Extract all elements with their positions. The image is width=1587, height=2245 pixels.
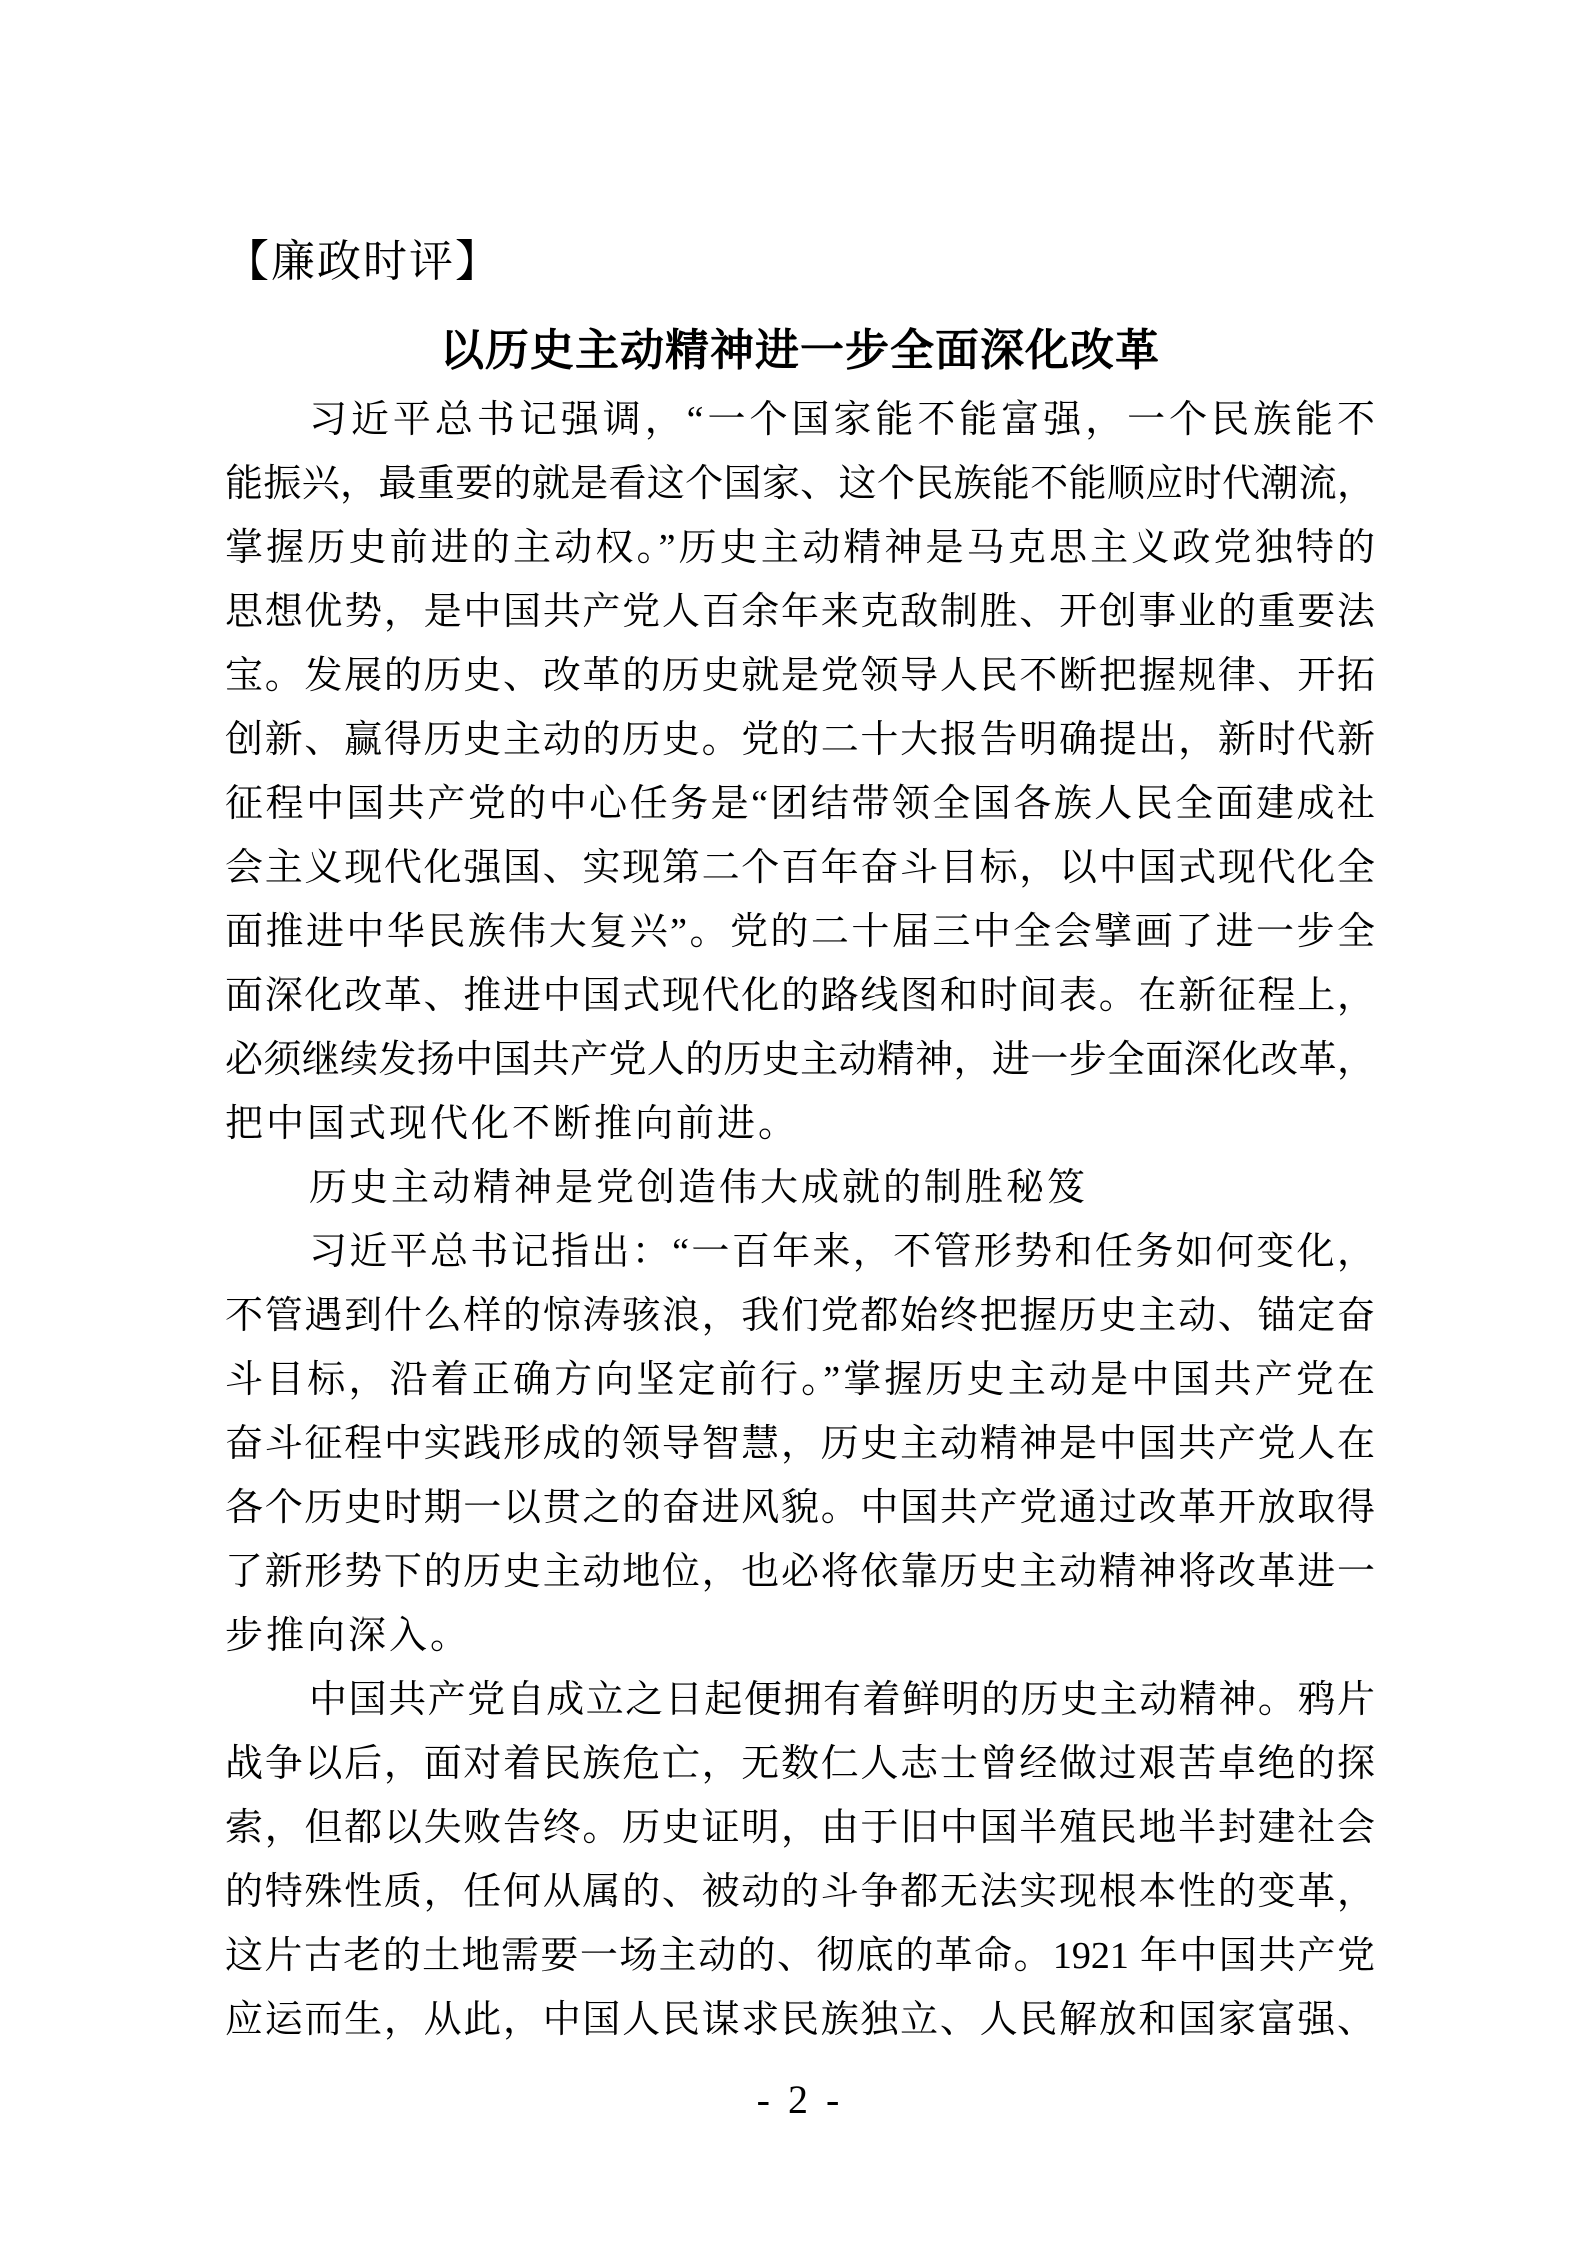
category-tag: 【廉政时评】	[225, 230, 501, 294]
body-line: 宝。发展的历史、改革的历史就是党领导人民不断把握规律、开拓	[225, 644, 1375, 708]
body-line: 能振兴，最重要的就是看这个国家、这个民族能不能顺应时代潮流，	[225, 452, 1375, 516]
body-line: 中国共产党自成立之日起便拥有着鲜明的历史主动精神。鸦片	[225, 1668, 1375, 1732]
body-line: 思想优势，是中国共产党人百余年来克敌制胜、开创事业的重要法	[225, 580, 1375, 644]
body-line: 会主义现代化强国、实现第二个百年奋斗目标，以中国式现代化全	[225, 836, 1375, 900]
body-line: 不管遇到什么样的惊涛骇浪，我们党都始终把握历史主动、锚定奋	[225, 1284, 1375, 1348]
body-line: 索，但都以失败告终。历史证明，由于旧中国半殖民地半封建社会	[225, 1796, 1375, 1860]
document-body: 习近平总书记强调，“一个国家能不能富强，一个民族能不 能振兴，最重要的就是看这个…	[225, 388, 1375, 2052]
section-heading: 历史主动精神是党创造伟大成就的制胜秘笈	[225, 1156, 1375, 1220]
body-line: 必须继续发扬中国共产党人的历史主动精神，进一步全面深化改革，	[225, 1028, 1375, 1092]
body-line: 面深化改革、推进中国式现代化的路线图和时间表。在新征程上，	[225, 964, 1375, 1028]
document-page: 【廉政时评】 以历史主动精神进一步全面深化改革 习近平总书记强调，“一个国家能不…	[0, 0, 1587, 2245]
body-line: 斗目标，沿着正确方向坚定前行。”掌握历史主动是中国共产党在	[225, 1348, 1375, 1412]
body-line: 面推进中华民族伟大复兴”。党的二十届三中全会擘画了进一步全	[225, 900, 1375, 964]
page-number: - 2 -	[225, 2068, 1375, 2132]
document-title: 以历史主动精神进一步全面深化改革	[225, 319, 1375, 383]
body-line: 的特殊性质，任何从属的、被动的斗争都无法实现根本性的变革，	[225, 1860, 1375, 1924]
body-line: 奋斗征程中实践形成的领导智慧，历史主动精神是中国共产党人在	[225, 1412, 1375, 1476]
body-line: 应运而生，从此，中国人民谋求民族独立、人民解放和国家富强、	[225, 1988, 1375, 2052]
body-line: 战争以后，面对着民族危亡，无数仁人志士曾经做过艰苦卓绝的探	[225, 1732, 1375, 1796]
body-line: 习近平总书记强调，“一个国家能不能富强，一个民族能不	[225, 388, 1375, 452]
body-line: 创新、赢得历史主动的历史。党的二十大报告明确提出，新时代新	[225, 708, 1375, 772]
body-line: 各个历史时期一以贯之的奋进风貌。中国共产党通过改革开放取得	[225, 1476, 1375, 1540]
body-line: 了新形势下的历史主动地位，也必将依靠历史主动精神将改革进一	[225, 1540, 1375, 1604]
body-line: 这片古老的土地需要一场主动的、彻底的革命。1921 年中国共产党	[225, 1924, 1375, 1988]
body-line: 征程中国共产党的中心任务是“团结带领全国各族人民全面建成社	[225, 772, 1375, 836]
body-line: 把中国式现代化不断推向前进。	[225, 1092, 1375, 1156]
body-line: 步推向深入。	[225, 1604, 1375, 1668]
body-line: 习近平总书记指出：“一百年来，不管形势和任务如何变化，	[225, 1220, 1375, 1284]
body-line: 掌握历史前进的主动权。”历史主动精神是马克思主义政党独特的	[225, 516, 1375, 580]
